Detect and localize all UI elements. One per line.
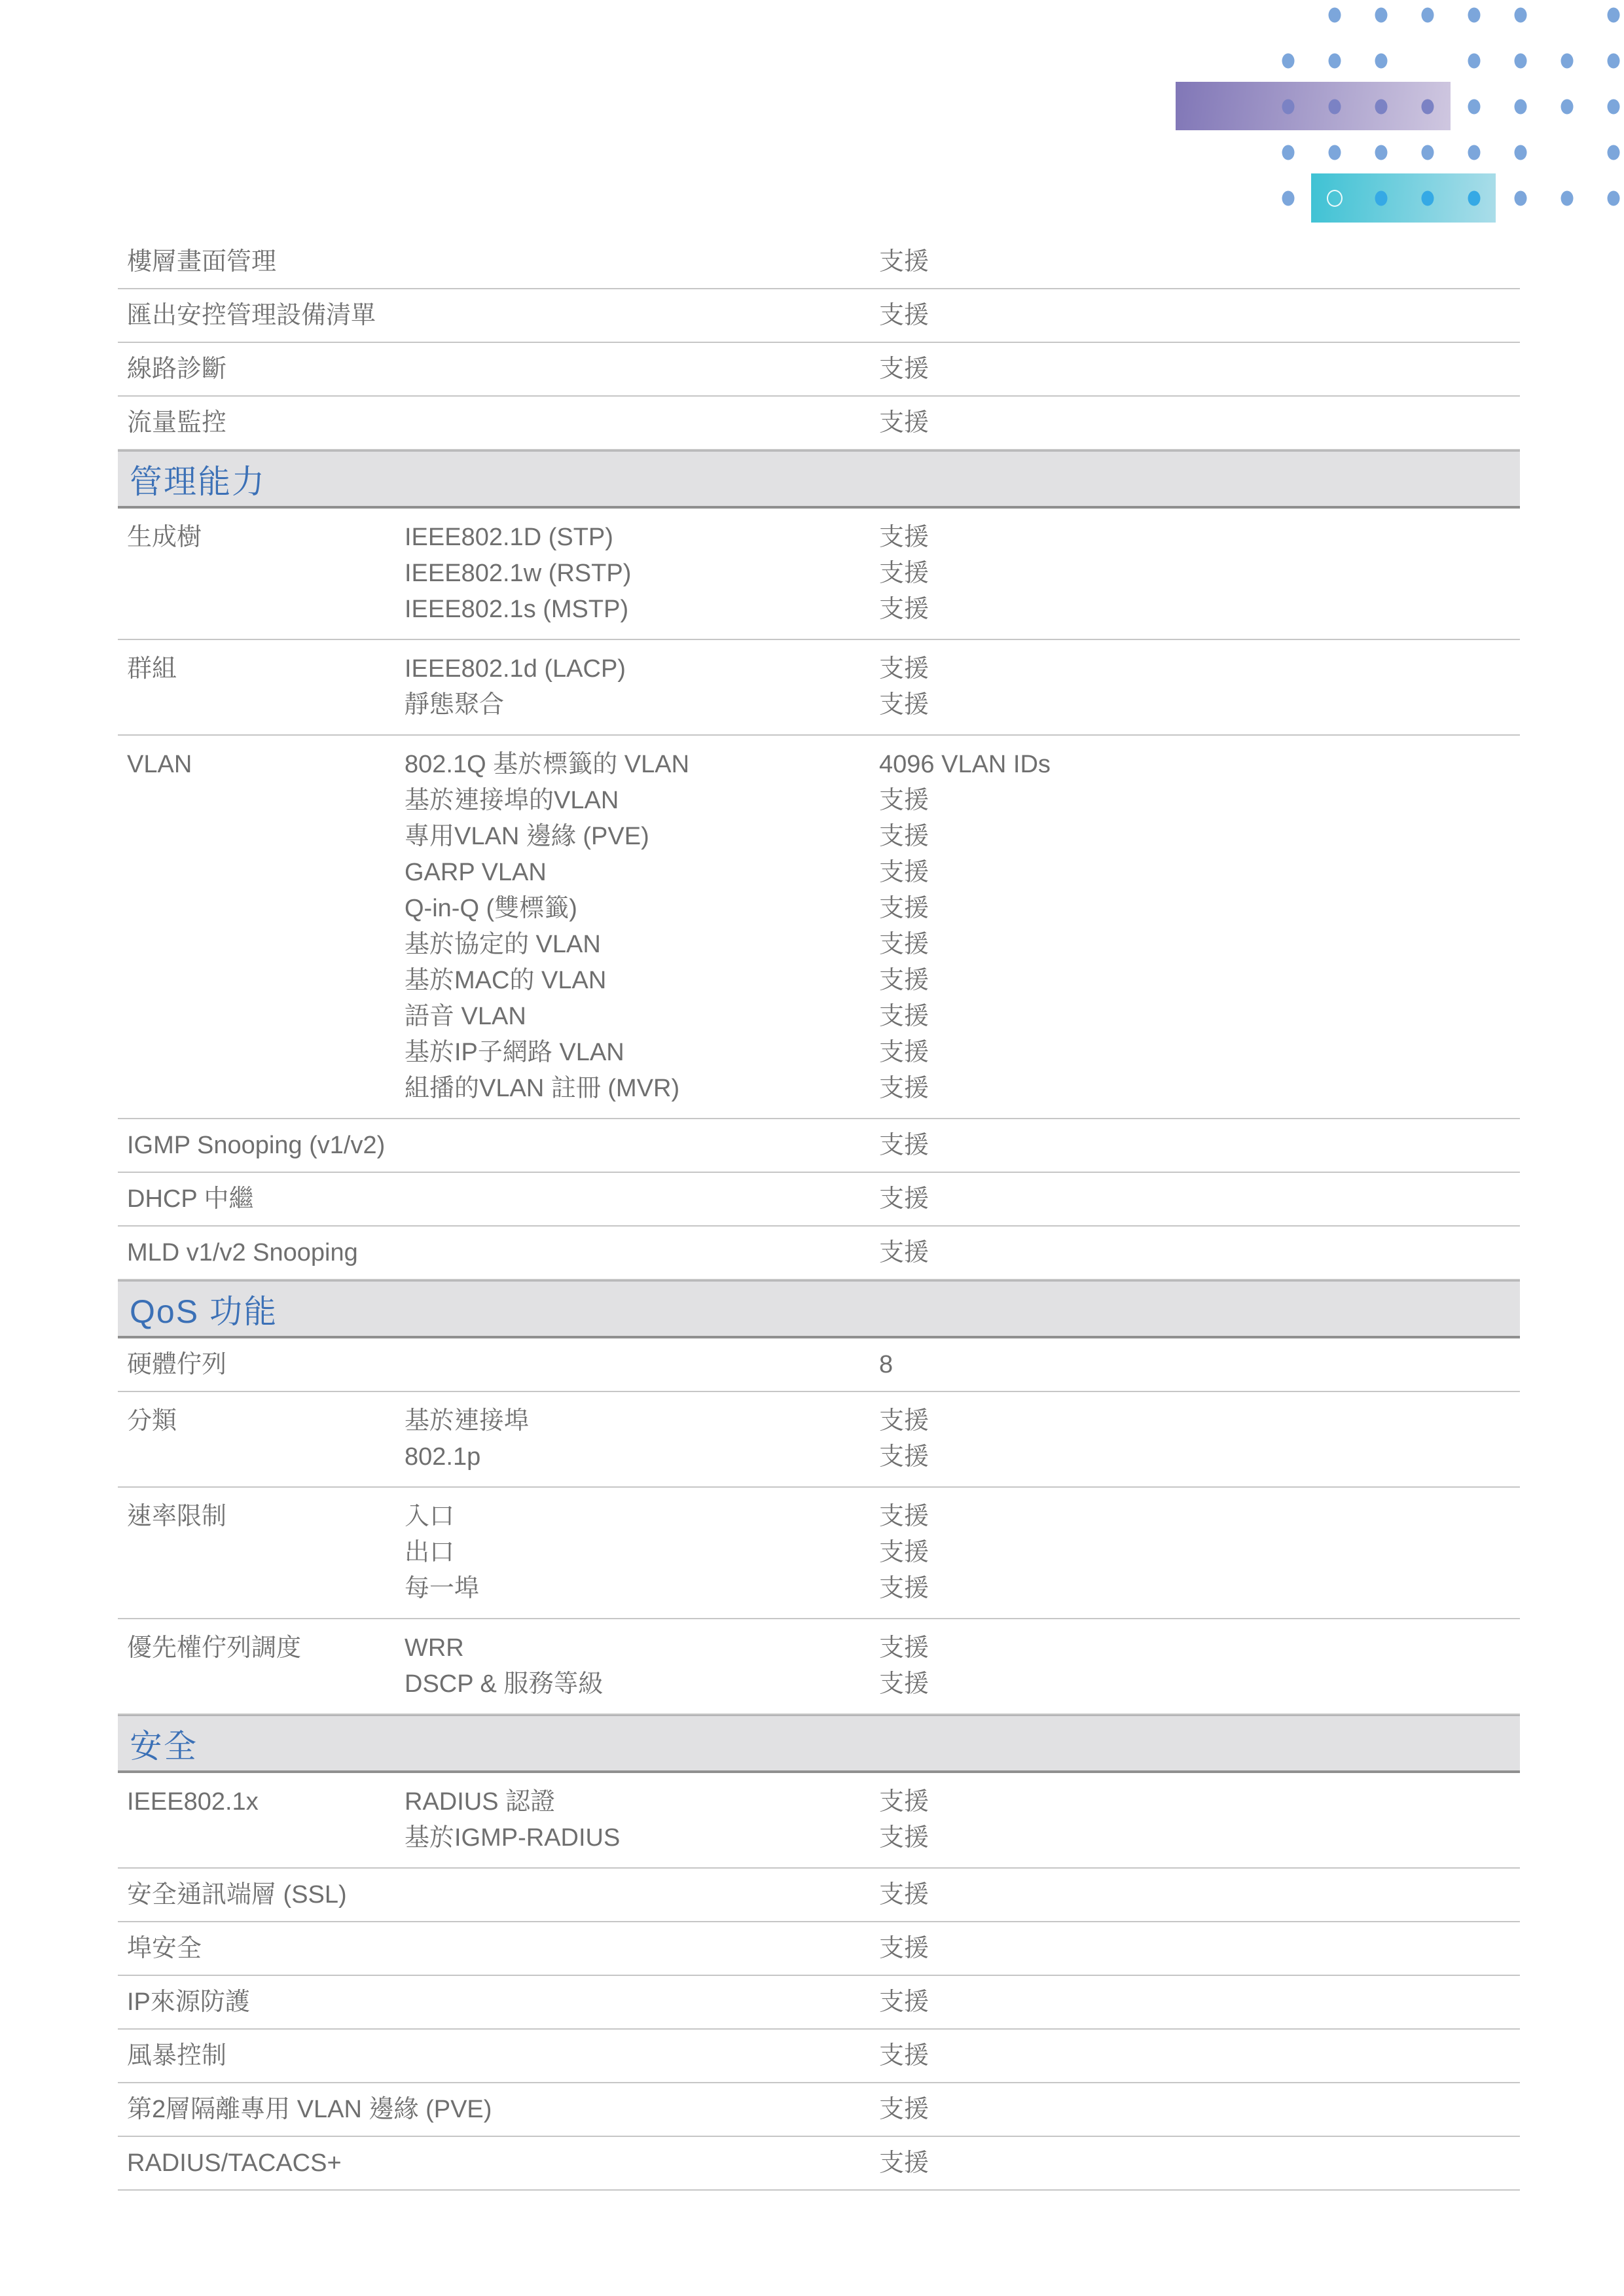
feature-label: RADIUS/TACACS+ (118, 2146, 879, 2180)
dot (1282, 99, 1295, 115)
feature-values: 支援 (879, 1985, 1520, 2019)
feature-value: 支援 (879, 1236, 1520, 1270)
feature-value: 支援 (879, 1820, 1520, 1856)
feature-sublabel: 靜態聚合 (405, 687, 879, 723)
feature-sublabel: 專用VLAN 邊緣 (PVE) (405, 819, 879, 855)
feature-value: 支援 (879, 819, 1520, 855)
feature-value: 支援 (879, 891, 1520, 927)
feature-values: 支援 (879, 1878, 1520, 1912)
feature-sublabel: IEEE802.1d (LACP) (405, 651, 879, 687)
feature-label: 安全通訊端層 (SSL) (118, 1878, 879, 1912)
feature-label: 風暴控制 (118, 2039, 879, 2073)
feature-label: 埠安全 (118, 1931, 879, 1965)
feature-values: 支援 (879, 245, 1520, 279)
feature-sublabel: 基於IGMP-RADIUS (405, 1820, 879, 1856)
feature-values: 支援 (879, 1182, 1520, 1216)
feature-value: 支援 (879, 245, 1520, 279)
dot (1515, 8, 1527, 23)
dot (1282, 145, 1295, 160)
feature-value: 支援 (879, 927, 1520, 963)
spec-row: 線路診斷支援 (118, 343, 1520, 397)
feature-label: 分類 (118, 1403, 405, 1439)
feature-value: 支援 (879, 592, 1520, 628)
dot (1327, 190, 1343, 207)
dot (1608, 145, 1620, 160)
spec-row: IGMP Snooping (v1/v2)支援 (118, 1119, 1520, 1173)
feature-sublabels: RADIUS 認證基於IGMP-RADIUS (405, 1784, 879, 1856)
dot (1468, 145, 1481, 160)
spec-row: 分類基於連接埠802.1p支援支援 (118, 1392, 1520, 1488)
feature-value: 支援 (879, 1439, 1520, 1475)
feature-values: 支援 (879, 1128, 1520, 1162)
dot (1375, 145, 1388, 160)
spec-row: IEEE802.1xRADIUS 認證基於IGMP-RADIUS支援支援 (118, 1773, 1520, 1869)
feature-value: 支援 (879, 1931, 1520, 1965)
feature-label: 流量監控 (118, 406, 879, 440)
feature-label: MLD v1/v2 Snooping (118, 1236, 879, 1270)
feature-value: 支援 (879, 1403, 1520, 1439)
feature-label: IP來源防護 (118, 1985, 879, 2019)
spec-row: RADIUS/TACACS+支援 (118, 2137, 1520, 2191)
feature-values: 支援支援 (879, 651, 1520, 723)
feature-value: 支援 (879, 1035, 1520, 1071)
feature-sublabel: 組播的VLAN 註冊 (MVR) (405, 1071, 879, 1107)
dot (1422, 99, 1434, 115)
feature-values: 支援 (879, 1931, 1520, 1965)
feature-value: 支援 (879, 2146, 1520, 2180)
feature-sublabel: IEEE802.1s (MSTP) (405, 592, 879, 628)
spec-row: DHCP 中繼支援 (118, 1173, 1520, 1227)
feature-values: 支援 (879, 352, 1520, 386)
spec-page: 樓層畫面管理支援匯出安控管理設備清單支援線路診斷支援流量監控支援管理能力生成樹I… (0, 0, 1624, 2296)
feature-sublabels: 802.1Q 基於標籤的 VLAN基於連接埠的VLAN專用VLAN 邊緣 (PV… (405, 747, 879, 1107)
feature-values: 支援支援 (879, 1630, 1520, 1702)
section-title: QoS 功能 (130, 1285, 278, 1333)
feature-values: 8 (879, 1348, 1520, 1382)
feature-values: 支援 (879, 2092, 1520, 2126)
dot (1561, 54, 1574, 69)
feature-value: 支援 (879, 1571, 1520, 1607)
feature-label: IGMP Snooping (v1/v2) (118, 1128, 879, 1162)
feature-value: 支援 (879, 2092, 1520, 2126)
spec-row: 速率限制入口出口每一埠支援支援支援 (118, 1488, 1520, 1619)
feature-sublabel: 入口 (405, 1499, 879, 1535)
feature-label: 第2層隔離專用 VLAN 邊緣 (PVE) (118, 2092, 879, 2126)
spec-row: 硬體佇列8 (118, 1338, 1520, 1392)
dot (1422, 8, 1434, 23)
feature-sublabel: 802.1Q 基於標籤的 VLAN (405, 747, 879, 783)
dot (1468, 191, 1481, 206)
feature-sublabel: 802.1p (405, 1439, 879, 1475)
dot (1375, 54, 1388, 69)
feature-value: 支援 (879, 999, 1520, 1035)
feature-sublabel: IEEE802.1D (STP) (405, 520, 879, 556)
dot (1375, 99, 1388, 115)
spec-row: MLD v1/v2 Snooping支援 (118, 1227, 1520, 1280)
feature-value: 支援 (879, 556, 1520, 592)
feature-values: 支援 (879, 406, 1520, 440)
feature-label: 樓層畫面管理 (118, 245, 879, 279)
dot (1515, 191, 1527, 206)
feature-sublabel: Q-in-Q (雙標籤) (405, 891, 879, 927)
feature-value: 支援 (879, 651, 1520, 687)
dot (1515, 145, 1527, 160)
teal-gradient-bar (1311, 173, 1496, 223)
feature-value: 支援 (879, 1128, 1520, 1162)
feature-value: 支援 (879, 783, 1520, 819)
feature-label: 群組 (118, 651, 405, 687)
feature-value: 支援 (879, 1985, 1520, 2019)
feature-value: 支援 (879, 687, 1520, 723)
feature-sublabel: 語音 VLAN (405, 999, 879, 1035)
section-title: 管理能力 (130, 456, 266, 503)
feature-label: 線路診斷 (118, 352, 879, 386)
purple-gradient-bar (1176, 82, 1451, 130)
feature-value: 8 (879, 1348, 1520, 1382)
dot (1608, 8, 1620, 23)
feature-sublabels: IEEE802.1d (LACP)靜態聚合 (405, 651, 879, 723)
spec-row: 安全通訊端層 (SSL)支援 (118, 1869, 1520, 1922)
dot (1329, 145, 1341, 160)
section-title: 安全 (130, 1720, 198, 1767)
feature-value: 支援 (879, 1182, 1520, 1216)
spec-row: 流量監控支援 (118, 397, 1520, 450)
dot (1608, 54, 1620, 69)
dot (1422, 191, 1434, 206)
dot (1468, 54, 1481, 69)
feature-values: 支援支援 (879, 1784, 1520, 1856)
feature-sublabel: 基於連接埠的VLAN (405, 783, 879, 819)
feature-value: 支援 (879, 1784, 1520, 1820)
feature-values: 支援支援 (879, 1403, 1520, 1475)
feature-value: 支援 (879, 352, 1520, 386)
dot (1561, 99, 1574, 115)
spec-row: 樓層畫面管理支援 (118, 236, 1520, 289)
spec-row: 群組IEEE802.1d (LACP)靜態聚合支援支援 (118, 640, 1520, 736)
feature-label: 硬體佇列 (118, 1348, 879, 1382)
feature-sublabel: 基於MAC的 VLAN (405, 963, 879, 999)
section-header: QoS 功能 (118, 1280, 1520, 1338)
dot (1515, 54, 1527, 69)
dot (1329, 99, 1341, 115)
feature-sublabel: IEEE802.1w (RSTP) (405, 556, 879, 592)
feature-sublabel: 每一埠 (405, 1571, 879, 1607)
spec-row: 風暴控制支援 (118, 2030, 1520, 2083)
spec-row: 生成樹IEEE802.1D (STP)IEEE802.1w (RSTP)IEEE… (118, 509, 1520, 640)
spec-row: 埠安全支援 (118, 1922, 1520, 1976)
feature-value: 支援 (879, 520, 1520, 556)
feature-sublabel: 出口 (405, 1535, 879, 1571)
feature-sublabel: GARP VLAN (405, 855, 879, 891)
feature-values: 支援支援支援 (879, 520, 1520, 628)
feature-value: 支援 (879, 1666, 1520, 1702)
feature-value: 支援 (879, 855, 1520, 891)
dot (1608, 191, 1620, 206)
spec-row: 第2層隔離專用 VLAN 邊緣 (PVE)支援 (118, 2083, 1520, 2137)
feature-value: 支援 (879, 406, 1520, 440)
dot (1608, 99, 1620, 115)
feature-label: 匯出安控管理設備清單 (118, 298, 879, 332)
feature-value: 支援 (879, 1071, 1520, 1107)
dot (1375, 191, 1388, 206)
feature-values: 4096 VLAN IDs支援支援支援支援支援支援支援支援支援 (879, 747, 1520, 1107)
feature-sublabels: WRRDSCP & 服務等級 (405, 1630, 879, 1702)
feature-label: DHCP 中繼 (118, 1182, 879, 1216)
dot (1468, 99, 1481, 115)
dot (1375, 8, 1388, 23)
spec-row: 匯出安控管理設備清單支援 (118, 289, 1520, 343)
feature-value: 支援 (879, 1630, 1520, 1666)
feature-sublabel: 基於協定的 VLAN (405, 927, 879, 963)
section-header: 管理能力 (118, 450, 1520, 509)
feature-label: 速率限制 (118, 1499, 405, 1535)
feature-label: VLAN (118, 747, 405, 783)
feature-value: 支援 (879, 2039, 1520, 2073)
feature-sublabel: WRR (405, 1630, 879, 1666)
spec-row: 優先權佇列調度WRRDSCP & 服務等級支援支援 (118, 1619, 1520, 1715)
feature-sublabel: 基於連接埠 (405, 1403, 879, 1439)
feature-sublabels: 入口出口每一埠 (405, 1499, 879, 1607)
feature-value: 支援 (879, 1535, 1520, 1571)
feature-value: 4096 VLAN IDs (879, 747, 1520, 783)
feature-sublabel: DSCP & 服務等級 (405, 1666, 879, 1702)
feature-value: 支援 (879, 298, 1520, 332)
feature-label: IEEE802.1x (118, 1784, 405, 1820)
spec-row: IP來源防護支援 (118, 1976, 1520, 2030)
dot (1282, 191, 1295, 206)
feature-sublabels: 基於連接埠802.1p (405, 1403, 879, 1475)
spec-table: 樓層畫面管理支援匯出安控管理設備清單支援線路診斷支援流量監控支援管理能力生成樹I… (118, 236, 1520, 2191)
feature-values: 支援 (879, 1236, 1520, 1270)
feature-values: 支援 (879, 2146, 1520, 2180)
section-header: 安全 (118, 1715, 1520, 1773)
dot (1329, 8, 1341, 23)
feature-value: 支援 (879, 963, 1520, 999)
feature-label: 優先權佇列調度 (118, 1630, 405, 1666)
feature-values: 支援 (879, 298, 1520, 332)
dot (1422, 145, 1434, 160)
spec-row: VLAN802.1Q 基於標籤的 VLAN基於連接埠的VLAN專用VLAN 邊緣… (118, 736, 1520, 1119)
dot (1561, 191, 1574, 206)
dot (1329, 54, 1341, 69)
feature-sublabels: IEEE802.1D (STP)IEEE802.1w (RSTP)IEEE802… (405, 520, 879, 628)
feature-values: 支援 (879, 2039, 1520, 2073)
feature-value: 支援 (879, 1499, 1520, 1535)
feature-sublabel: 基於IP子網路 VLAN (405, 1035, 879, 1071)
dot (1282, 54, 1295, 69)
feature-label: 生成樹 (118, 520, 405, 556)
feature-sublabel: RADIUS 認證 (405, 1784, 879, 1820)
dot (1468, 8, 1481, 23)
feature-value: 支援 (879, 1878, 1520, 1912)
dot (1515, 99, 1527, 115)
feature-values: 支援支援支援 (879, 1499, 1520, 1607)
